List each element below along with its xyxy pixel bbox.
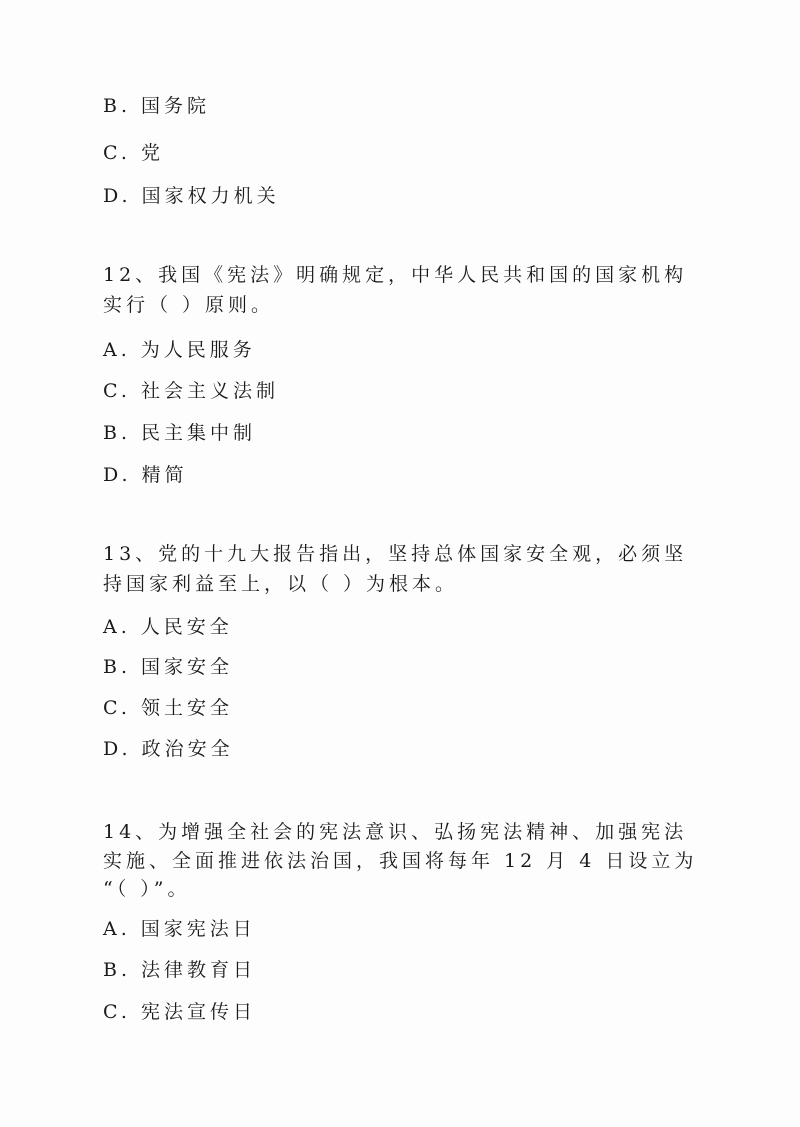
- q13-option-a: A. 人民安全: [103, 615, 233, 639]
- q14-option-c: C. 宪法宣传日: [103, 1000, 256, 1024]
- exam-page: B. 国务院 C. 党 D. 国家权力机关 12、我国《宪法》明确规定，中华人民…: [0, 0, 800, 1127]
- q13-stem-line2: 持国家利益至上，以（ ）为根本。: [103, 572, 458, 596]
- q12-option-a: A. 为人民服务: [103, 338, 256, 362]
- q12-option-c: C. 社会主义法制: [103, 379, 279, 403]
- q11-option-b: B. 国务院: [103, 94, 210, 118]
- q13-option-c: C. 领土安全: [103, 696, 233, 720]
- q14-stem-line2: 实施、全面推进依法治国，我国将每年 12 月 4 日设立为: [103, 849, 697, 873]
- q11-option-d: D. 国家权力机关: [103, 184, 280, 208]
- q14-option-a: A. 国家宪法日: [103, 917, 256, 941]
- q12-stem-line2: 实行（ ）原则。: [103, 293, 274, 317]
- q11-option-c: C. 党: [103, 141, 164, 165]
- q14-option-b: B. 法律教育日: [103, 958, 256, 982]
- q12-option-b: B. 民主集中制: [103, 421, 256, 445]
- q13-option-b: B. 国家安全: [103, 655, 233, 679]
- q13-stem-line1: 13、党的十九大报告指出，坚持总体国家安全观，必须坚: [103, 542, 687, 566]
- q14-stem-line3: “（ ）”。: [103, 877, 190, 901]
- q12-option-d: D. 精简: [103, 463, 188, 487]
- q12-stem-line1: 12、我国《宪法》明确规定，中华人民共和国的国家机构: [103, 263, 687, 287]
- q14-stem-line1: 14、为增强全社会的宪法意识、弘扬宪法精神、加强宪法: [103, 820, 687, 844]
- q13-option-d: D. 政治安全: [103, 737, 234, 761]
